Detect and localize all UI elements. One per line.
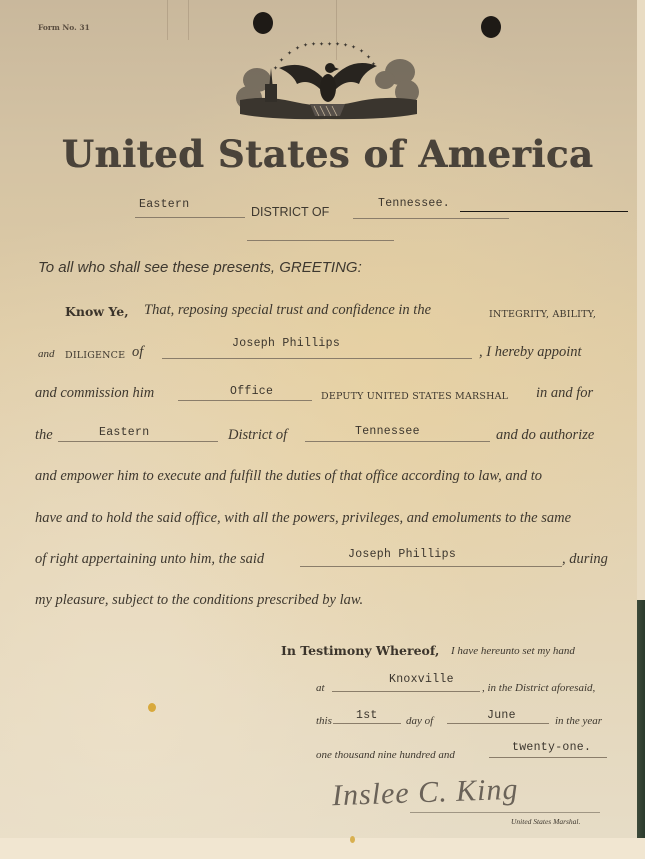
svg-text:✦: ✦ — [335, 41, 340, 48]
body-text: the — [35, 427, 53, 444]
svg-text:✦: ✦ — [303, 42, 308, 49]
field-underline — [300, 566, 562, 567]
signature-line — [410, 812, 600, 813]
field-underline — [305, 441, 490, 442]
district-state-field: Tennessee. — [378, 197, 450, 210]
paper-stain — [148, 703, 156, 712]
field-underline — [247, 240, 394, 241]
testimony-text: day of — [406, 715, 433, 727]
svg-text:✦: ✦ — [311, 41, 316, 48]
body-text: District of — [228, 427, 287, 444]
office-title-caps: DEPUTY UNITED STATES MARSHAL — [321, 391, 508, 402]
testimony-text: one thousand nine hundred and — [316, 749, 455, 761]
office-type-field: Office — [230, 385, 273, 398]
frame-edge — [637, 600, 645, 838]
body-text: of — [132, 344, 143, 361]
appointee-name-field-2: Joseph Phillips — [348, 548, 456, 561]
bottom-margin — [0, 838, 645, 859]
field-underline — [332, 691, 480, 692]
field-underline — [178, 400, 312, 401]
testimony-heading: In Testimony Whereof, — [281, 643, 439, 658]
field-underline — [447, 723, 549, 724]
body-text: and do authorize — [496, 427, 594, 444]
paper-stain — [350, 836, 355, 843]
body-text: my pleasure, subject to the conditions p… — [35, 592, 363, 609]
document-title: United States of America — [0, 132, 645, 176]
district-prefix-field: Eastern — [139, 198, 189, 211]
svg-text:✦: ✦ — [279, 57, 284, 64]
form-number: Form No. 31 — [38, 23, 90, 32]
body-text: , during — [562, 551, 608, 568]
field-underline — [135, 217, 245, 218]
state-name-field: Tennessee — [355, 425, 420, 438]
field-underline-dark — [460, 211, 628, 212]
svg-text:✦: ✦ — [327, 41, 332, 48]
place-field: Knoxville — [389, 673, 454, 686]
punch-hole — [253, 12, 273, 34]
testimony-text: at — [316, 682, 325, 694]
svg-text:✦: ✦ — [319, 41, 324, 48]
field-underline — [58, 441, 218, 442]
testimony-text: I have hereunto set my hand — [451, 645, 575, 657]
body-text: in and for — [536, 385, 593, 402]
body-caps-text: DILIGENCE — [65, 350, 125, 361]
body-text: of right appertaining unto him, the said — [35, 551, 264, 568]
body-text: , I hereby appoint — [479, 344, 582, 361]
marshal-signature: Inslee C. King — [331, 773, 519, 813]
field-underline — [162, 358, 472, 359]
month-field: June — [487, 709, 516, 722]
year-field: twenty-one. — [512, 741, 591, 754]
paper-fold — [167, 0, 168, 40]
svg-text:✦: ✦ — [366, 54, 371, 61]
svg-text:✦: ✦ — [359, 48, 364, 55]
testimony-text: , in the District aforesaid, — [482, 682, 595, 694]
eagle-seal-icon: ✦✦✦ ✦✦✦ ✦✦✦ ✦✦✦ ✦✦ — [235, 40, 420, 122]
know-ye-heading: Know Ye, — [65, 304, 129, 319]
punch-hole — [481, 16, 501, 38]
svg-text:✦: ✦ — [273, 65, 278, 72]
paper-fold — [188, 0, 189, 40]
district-name-field: Eastern — [99, 426, 149, 439]
day-field: 1st — [356, 709, 378, 722]
field-underline — [333, 723, 401, 724]
body-text: That, reposing special trust and confide… — [144, 302, 431, 319]
field-underline — [353, 218, 509, 219]
signature-title: United States Marshal. — [511, 817, 580, 826]
body-text: and — [38, 348, 55, 360]
appointee-name-field: Joseph Phillips — [232, 337, 340, 350]
svg-text:✦: ✦ — [287, 50, 292, 57]
svg-text:✦: ✦ — [343, 42, 348, 49]
svg-text:✦: ✦ — [295, 45, 300, 52]
document-paper — [0, 0, 637, 838]
testimony-text: this — [316, 715, 332, 727]
body-text: have and to hold the said office, with a… — [35, 510, 571, 527]
body-text: and empower him to execute and fulfill t… — [35, 468, 542, 485]
body-text: and commission him — [35, 385, 154, 402]
svg-text:✦: ✦ — [351, 44, 356, 51]
testimony-text: in the year — [555, 715, 602, 727]
greeting-text: To all who shall see these presents, GRE… — [38, 259, 362, 276]
field-underline — [489, 757, 607, 758]
body-caps-text: INTEGRITY, ABILITY, — [489, 309, 596, 320]
district-label: DISTRICT OF — [251, 205, 329, 219]
